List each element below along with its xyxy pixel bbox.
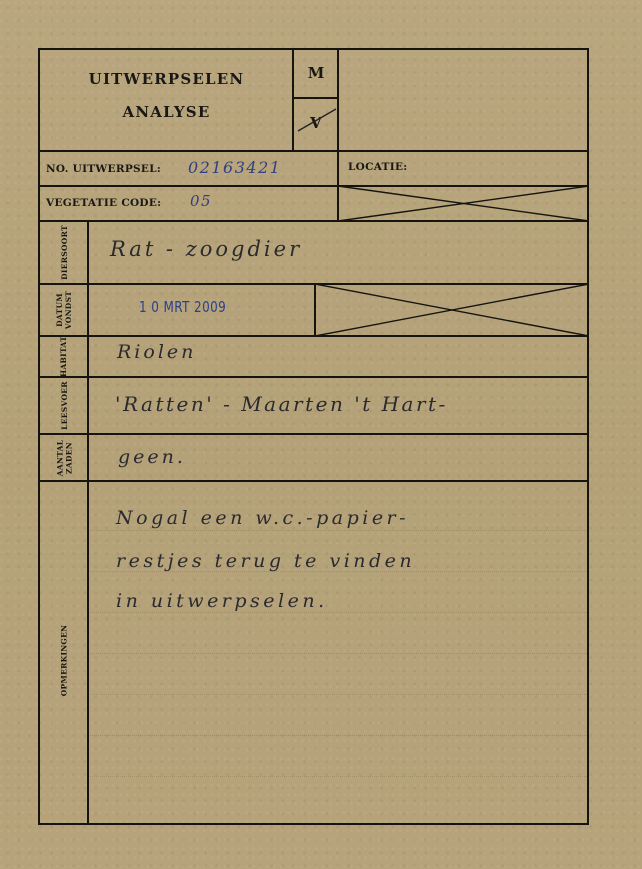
ruled-line xyxy=(90,776,587,777)
aantal-zaden-value[interactable]: geen. xyxy=(118,446,186,468)
locatie-label: LOCATIE: xyxy=(348,161,407,173)
divider xyxy=(293,97,338,99)
datum-vondst-stamp[interactable]: 1 0 MRT 2009 xyxy=(139,298,226,316)
ruled-line xyxy=(90,694,587,695)
vegetatie-code-value[interactable]: 05 xyxy=(190,192,212,210)
ruled-line xyxy=(90,530,587,531)
opmerkingen-line-3[interactable]: in uitwerpselen. xyxy=(116,590,328,612)
divider xyxy=(38,376,589,378)
diersoort-label: DIERSOORT xyxy=(40,222,88,283)
no-uitwerpsel-value[interactable]: 02163421 xyxy=(188,158,281,177)
form-title-line2: ANALYSE xyxy=(40,103,293,121)
form-title-line1: UITWERPSELEN xyxy=(40,70,293,88)
opmerkingen-line-2[interactable]: restjes terug te vinden xyxy=(116,550,415,572)
ruled-line xyxy=(90,735,587,736)
diersoort-value[interactable]: Rat - zoogdier xyxy=(110,237,302,261)
habitat-value[interactable]: Riolen xyxy=(117,341,196,363)
leesvoer-label: LEESVOER xyxy=(40,378,88,433)
opmerkingen-line-1[interactable]: Nogal een w.c.-papier- xyxy=(116,507,409,529)
divider xyxy=(38,433,589,435)
vegetatie-code-label: VEGETATIE CODE: xyxy=(46,197,161,209)
leesvoer-value[interactable]: 'Ratten' - Maarten 't Hart- xyxy=(115,392,448,416)
locatie-value[interactable] xyxy=(420,155,580,183)
datum-vondst-label: DATUM VONDST xyxy=(40,285,88,335)
sex-option-m[interactable]: M xyxy=(294,64,338,82)
no-uitwerpsel-label: NO. UITWERPSEL: xyxy=(46,163,161,175)
ruled-line xyxy=(90,653,587,654)
divider xyxy=(38,480,589,482)
habitat-label: HABITAT xyxy=(40,337,88,376)
crossed-out-box xyxy=(315,284,589,336)
aantal-zaden-label: AANTAL ZADEN xyxy=(40,435,88,480)
opmerkingen-label: OPMERKINGEN xyxy=(40,600,88,720)
crossed-out-box xyxy=(338,186,589,221)
divider xyxy=(38,150,589,152)
ruled-line xyxy=(90,612,587,613)
check-mark-icon xyxy=(296,105,338,135)
